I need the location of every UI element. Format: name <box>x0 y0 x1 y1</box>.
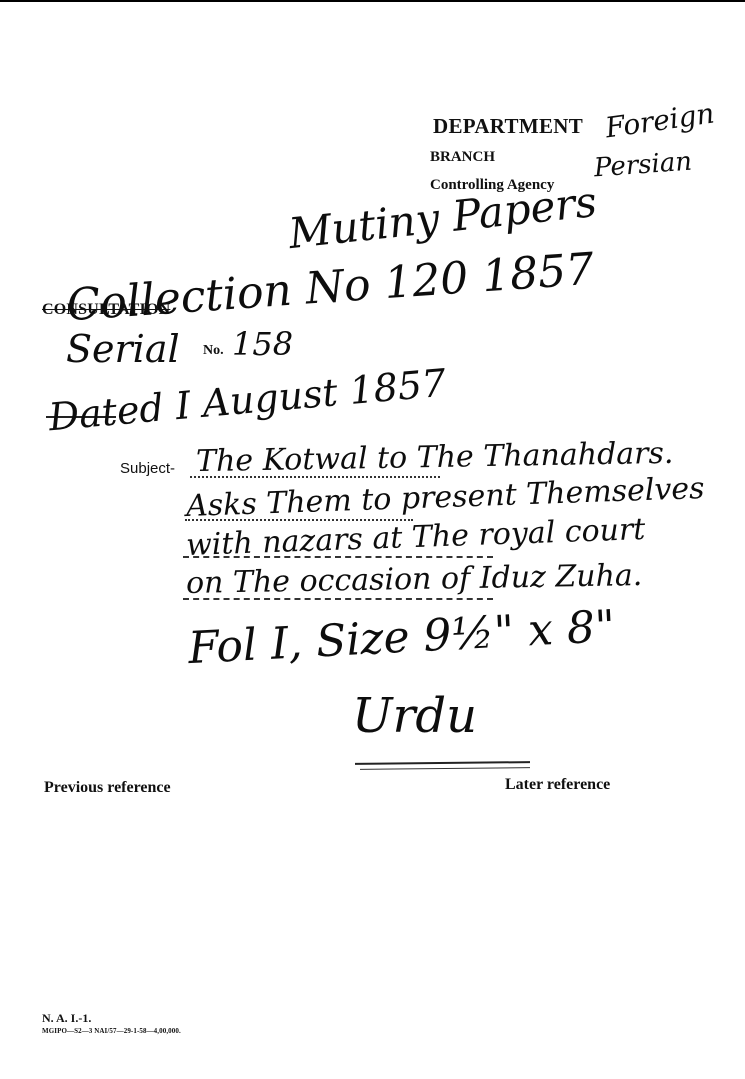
language: Urdu <box>352 688 477 744</box>
branch-value: Persian <box>593 147 693 184</box>
later-reference-label: Later reference <box>505 776 610 794</box>
department-value: Foreign <box>603 97 716 145</box>
language-underline <box>355 761 530 765</box>
branch-label: BRANCH <box>430 149 495 166</box>
subject-line-1: The Kotwal to The Thanahdars. <box>196 436 674 479</box>
previous-reference-label: Previous reference <box>44 779 171 797</box>
department-label: DEPARTMENT <box>433 114 583 139</box>
form-number: N. A. I.-1. <box>42 1011 91 1026</box>
serial-number: 158 <box>232 325 293 363</box>
printer-imprint: MGIPO—S2—3 NAI/57—29-1-58—4,00,000. <box>42 1027 181 1035</box>
no-label: No. <box>203 343 224 359</box>
top-border <box>0 0 745 2</box>
serial-label: Serial <box>66 327 180 371</box>
language-underline-secondary <box>360 767 530 770</box>
dated-field: Dated I August 1857 <box>47 361 448 440</box>
folio-size: Fol I, Size 9½" x 8" <box>187 601 616 674</box>
collection-number: Collection No 120 1857 <box>65 244 596 332</box>
subject-label: Subject- <box>120 460 175 477</box>
subject-line-4: on The occasion of Iduz Zuha. <box>186 558 643 601</box>
